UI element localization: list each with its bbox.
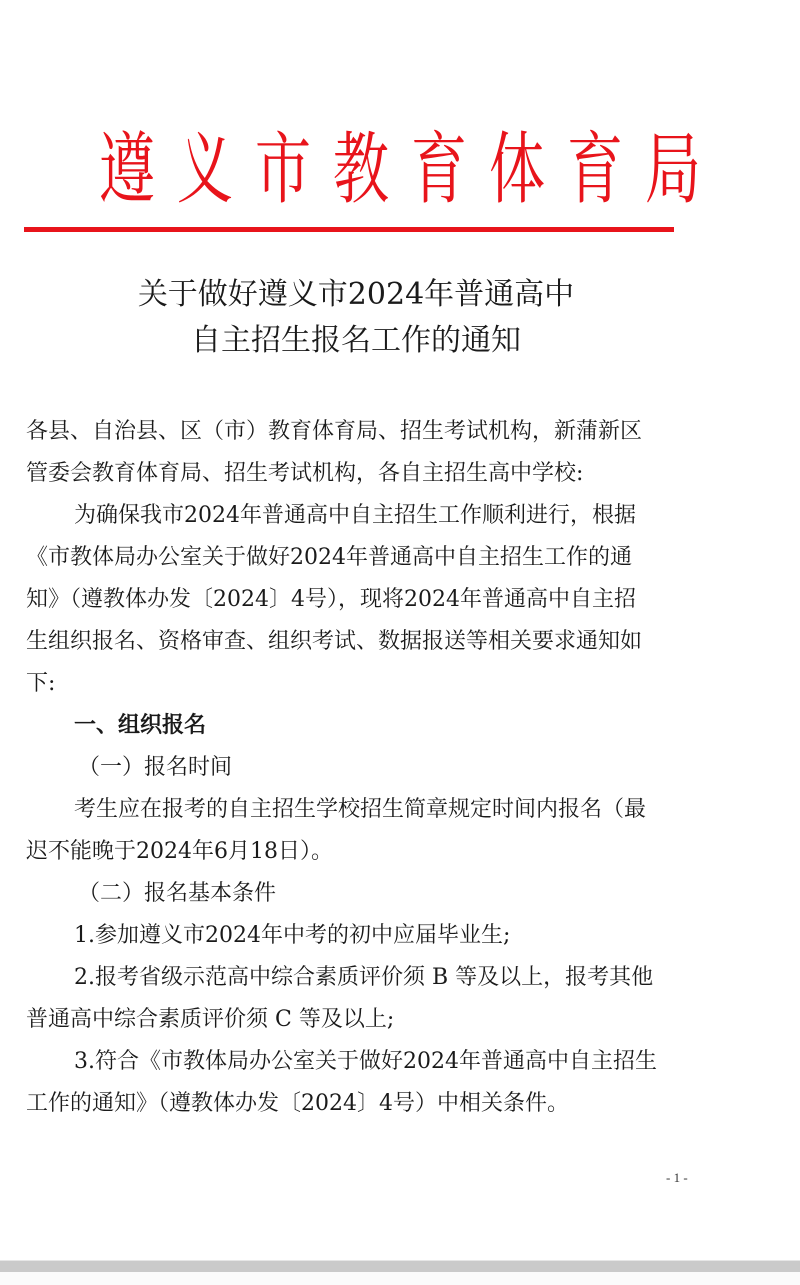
masthead-char: 育 [567, 131, 623, 209]
registration-time-line-1: 考生应在报考的自主招生学校招生简章规定时间内报名（最 [26, 789, 690, 831]
masthead-char: 育 [411, 131, 467, 209]
condition-item-2-line-2: 普通高中综合素质评价须 C 等及以上; [26, 999, 690, 1041]
intro-line-1: 为确保我市2024年普通高中自主招生工作顺利进行，根据 [26, 495, 690, 537]
intro-line-2: 《市教体局办公室关于做好2024年普通高中自主招生工作的通 [26, 537, 690, 579]
horizontal-scrollbar[interactable] [0, 1260, 800, 1272]
registration-time-line-2: 迟不能晚于2024年6月18日）。 [26, 831, 690, 873]
condition-item-3-line-1: 3.符合《市教体局办公室关于做好2024年普通高中自主招生 [26, 1041, 690, 1083]
document-page: 遵 义 市 教 育 体 育 局 关于做好遵义市2024年普通高中 自主招生报名工… [0, 0, 800, 1258]
addressee-line-1: 各县、自治县、区（市）教育体育局、招生考试机构，新蒲新区 [26, 411, 690, 453]
masthead-char: 体 [489, 131, 545, 209]
addressee-line-2: 管委会教育体育局、招生考试机构，各自主招生高中学校: [26, 453, 690, 495]
masthead-char: 义 [177, 131, 233, 209]
subsection-heading-registration-time: （一）报名时间 [26, 747, 690, 789]
condition-item-3: 3.符合《市教体局办公室关于做好2024年普通高中自主招生 工作的通知》（遵教体… [26, 1041, 690, 1125]
masthead-red-header: 遵 义 市 教 育 体 育 局 [88, 120, 608, 220]
intro-line-3: 知》（遵教体办发〔2024〕4号），现将2024年普通高中自主招 [26, 579, 690, 621]
intro-line-5: 下: [26, 663, 690, 705]
intro-paragraph: 为确保我市2024年普通高中自主招生工作顺利进行，根据 《市教体局办公室关于做好… [26, 495, 690, 705]
condition-item-1-line: 1.参加遵义市2024年中考的初中应届毕业生; [26, 915, 690, 957]
masthead-char: 教 [333, 131, 389, 209]
subsection-heading-basic-conditions: （二）报名基本条件 [26, 873, 690, 915]
condition-item-2: 2.报考省级示范高中综合素质评价须 B 等及以上，报考其他 普通高中综合素质评价… [26, 957, 690, 1041]
condition-item-1: 1.参加遵义市2024年中考的初中应届毕业生; [26, 915, 690, 957]
document-title: 关于做好遵义市2024年普通高中 自主招生报名工作的通知 [0, 272, 712, 364]
condition-item-2-line-1: 2.报考省级示范高中综合素质评价须 B 等及以上，报考其他 [26, 957, 690, 999]
masthead-char: 遵 [99, 131, 155, 209]
document-body: 各县、自治县、区（市）教育体育局、招生考试机构，新蒲新区 管委会教育体育局、招生… [26, 411, 690, 1125]
addressee-paragraph: 各县、自治县、区（市）教育体育局、招生考试机构，新蒲新区 管委会教育体育局、招生… [26, 411, 690, 495]
section-heading-1: 一、组织报名 [26, 705, 690, 747]
intro-line-4: 生组织报名、资格审查、组织考试、数据报送等相关要求通知如 [26, 621, 690, 663]
registration-time-paragraph: 考生应在报考的自主招生学校招生简章规定时间内报名（最 迟不能晚于2024年6月1… [26, 789, 690, 873]
bottom-strip [0, 1272, 800, 1285]
red-divider-line [24, 227, 674, 232]
title-line-1: 关于做好遵义市2024年普通高中 [0, 272, 712, 318]
masthead-char: 市 [255, 131, 311, 209]
masthead-char: 局 [645, 131, 701, 209]
page-number: - 1 - [666, 1170, 688, 1186]
condition-item-3-line-2: 工作的通知》（遵教体办发〔2024〕4号）中相关条件。 [26, 1083, 690, 1125]
title-line-2: 自主招生报名工作的通知 [0, 318, 712, 364]
